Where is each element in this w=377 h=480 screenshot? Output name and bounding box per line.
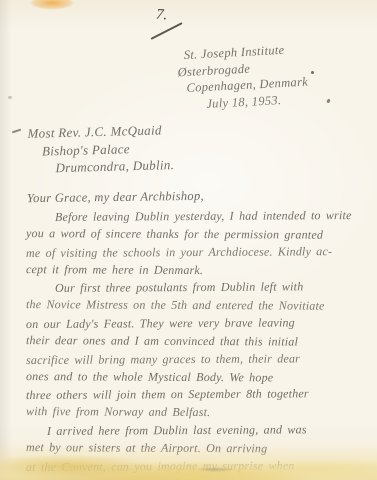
page-left-shadow: [0, 0, 12, 480]
letter-line: Before leaving Dublin yesterday, I had i…: [26, 207, 370, 227]
letter-line: their dear ones and I am convinced that …: [26, 332, 370, 352]
recipient-address-block: Most Rev. J.C. McQuaid Bishop's Palace D…: [27, 121, 174, 177]
paper-speck: [8, 96, 12, 99]
letter-line: sacrifice will bring many graces to them…: [26, 350, 370, 370]
letter-line: you a word of sincere thanks for the per…: [26, 225, 370, 245]
letter-line: three others will join them on September…: [26, 385, 370, 405]
recipient-line3: Drumcondra, Dublin.: [55, 156, 174, 177]
page-number-underline: [151, 22, 183, 39]
sender-address-block: St. Joseph Institute Østerbrogade Copenh…: [176, 41, 309, 114]
letter-line: Our first three postulants from Dublin l…: [26, 278, 370, 298]
letter-line: on our Lady's Feast. They were very brav…: [26, 314, 370, 334]
letter-page: 7. St. Joseph Institute Østerbrogade Cop…: [0, 0, 377, 480]
scan-top-edge-stain: [22, 0, 82, 15]
page-number: 7.: [155, 7, 167, 25]
salutation: Your Grace, my dear Archbishop,: [27, 189, 204, 206]
bottom-age-stain: [0, 444, 377, 480]
ink-speck: [311, 71, 314, 74]
letter-line: me of visiting the schools in your Archd…: [26, 243, 370, 263]
letter-line: the Novice Mistress on the 5th and enter…: [26, 296, 370, 316]
letter-body: Before leaving Dublin yesterday, I had i…: [26, 208, 370, 476]
letter-line: I arrived here from Dublin last evening,…: [26, 421, 370, 441]
margin-dash-mark: [12, 129, 21, 133]
bottom-smudge: [195, 467, 235, 472]
ink-speck: [326, 99, 331, 104]
letter-line: with five from Norway and Belfast.: [26, 403, 370, 423]
